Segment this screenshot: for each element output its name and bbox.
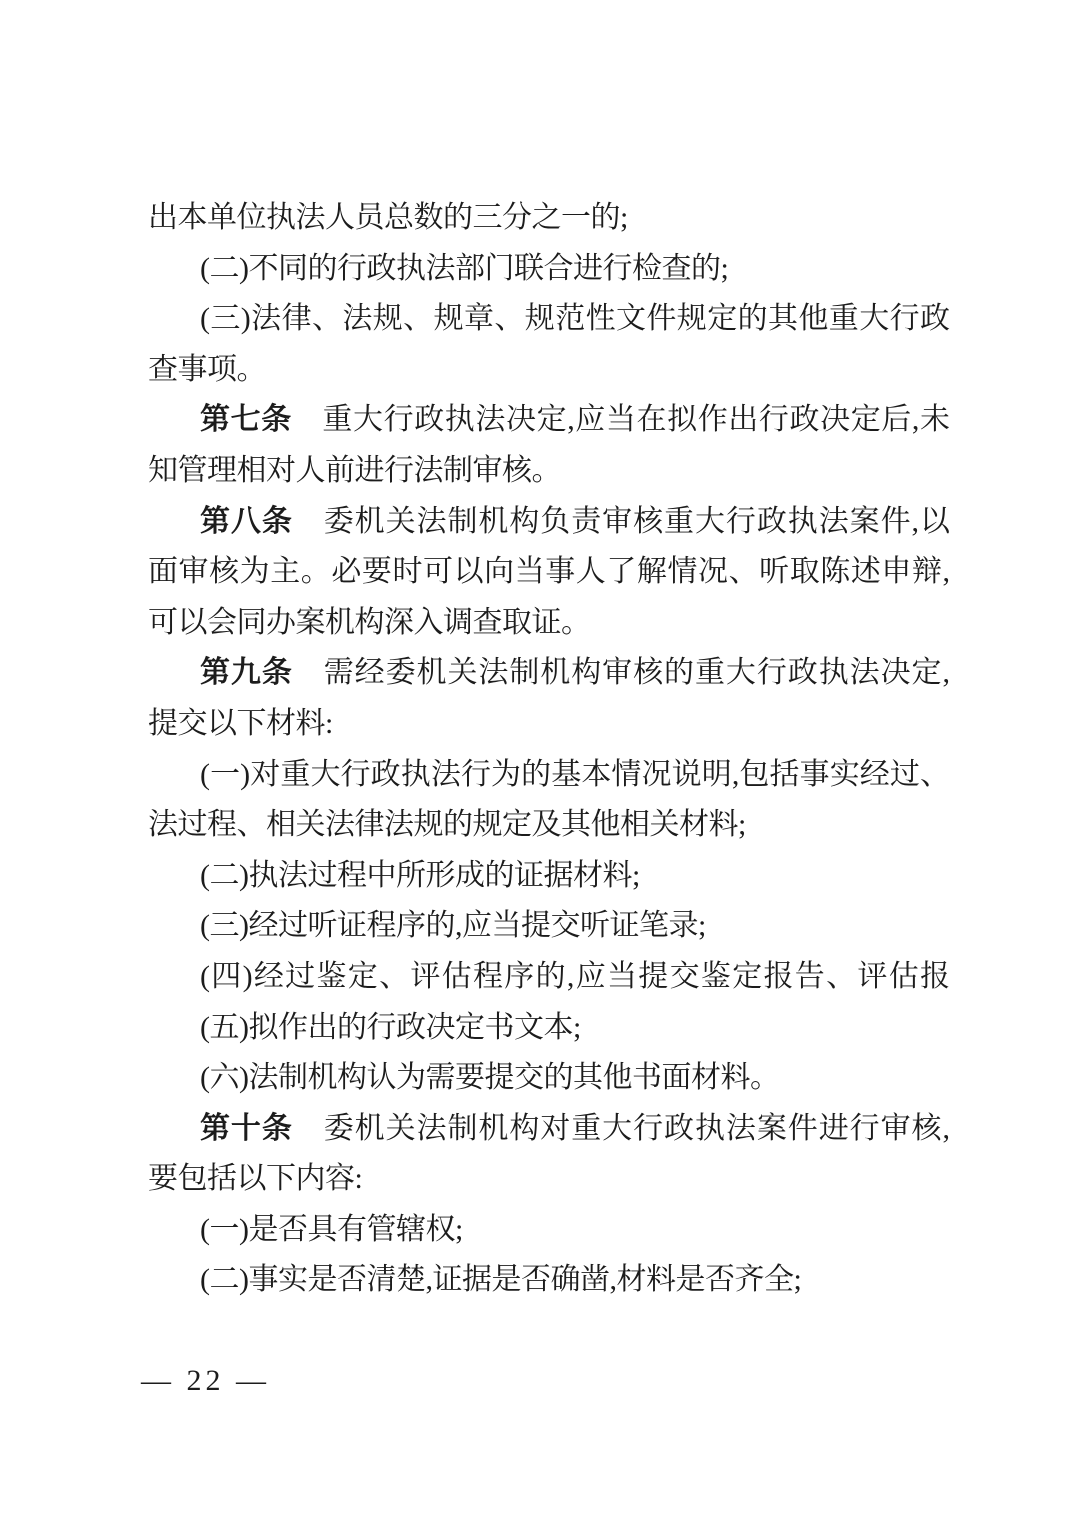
text-line: (二)执法过程中所形成的证据材料; (148, 851, 950, 902)
text-line: (五)拟作出的行政决定书文本; (148, 1003, 950, 1054)
text-line: (一)对重大行政执法行为的基本情况说明,包括事实经过、执 (148, 750, 950, 801)
text-line: (二)事实是否清楚,证据是否确凿,材料是否齐全; (148, 1255, 950, 1306)
text-line: 知管理相对人前进行法制审核。 (148, 446, 950, 497)
article-number: 第十条 (200, 1112, 293, 1145)
text-line: (二)不同的行政执法部门联合进行检查的; (148, 244, 950, 295)
text-line: (一)是否具有管辖权; (148, 1205, 950, 1256)
text-line: 要包括以下内容: (148, 1154, 950, 1205)
document-body: 出本单位执法人员总数的三分之一的;(二)不同的行政执法部门联合进行检查的;(三)… (148, 193, 950, 1306)
text-line: 面审核为主。必要时可以向当事人了解情况、听取陈述申辩,还 (148, 547, 950, 598)
text-line: 第八条 委机关法制机构负责审核重大行政执法案件,以书 (148, 497, 950, 548)
text-line: (四)经过鉴定、评估程序的,应当提交鉴定报告、评估报告; (148, 952, 950, 1003)
text-line: 第九条 需经委机关法制机构审核的重大行政执法决定,应 (148, 648, 950, 699)
document-page: 出本单位执法人员总数的三分之一的;(二)不同的行政执法部门联合进行检查的;(三)… (0, 0, 1074, 1520)
text-line: 可以会同办案机构深入调查取证。 (148, 598, 950, 649)
text-line: 第十条 委机关法制机构对重大行政执法案件进行审核,主 (148, 1104, 950, 1155)
article-number: 第八条 (200, 505, 293, 538)
page-number-footer: — 22 — (141, 1356, 270, 1406)
article-number: 第七条 (200, 403, 292, 436)
text-line: (三)法律、法规、规章、规范性文件规定的其他重大行政检 (148, 294, 950, 345)
article-number: 第九条 (200, 656, 293, 689)
text-line: (六)法制机构认为需要提交的其他书面材料。 (148, 1053, 950, 1104)
text-line: 法过程、相关法律法规的规定及其他相关材料; (148, 800, 950, 851)
text-line: 第七条 重大行政执法决定,应当在拟作出行政决定后,未告 (148, 395, 950, 446)
text-line: 提交以下材料: (148, 699, 950, 750)
text-line: (三)经过听证程序的,应当提交听证笔录; (148, 901, 950, 952)
text-line: 查事项。 (148, 345, 950, 396)
text-line: 出本单位执法人员总数的三分之一的; (148, 193, 950, 244)
